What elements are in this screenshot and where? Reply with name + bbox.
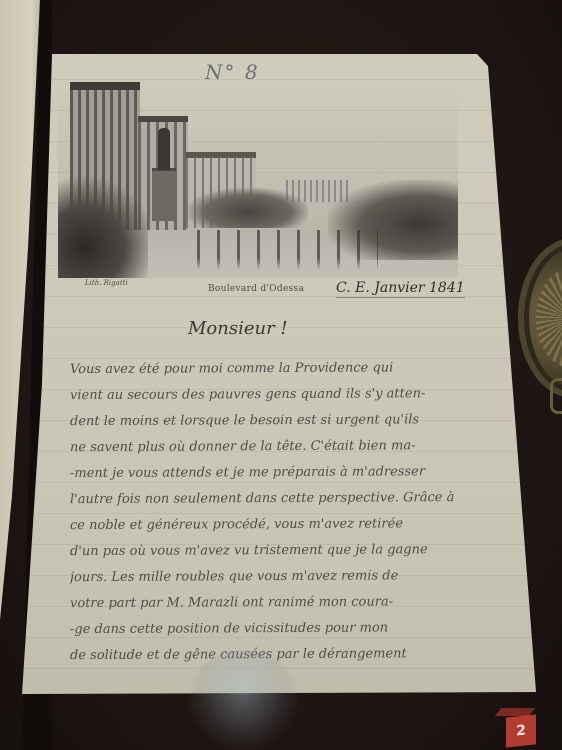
body-line: -ment je vous attends et je me préparais… bbox=[70, 459, 500, 487]
letter-salutation: Monsieur ! bbox=[188, 318, 288, 339]
body-line: l'autre fois non seulement dans cette pe… bbox=[70, 485, 500, 513]
body-line: d'un pas où vous m'avez vu tristement qu… bbox=[70, 537, 500, 565]
letter-dateline: C. E. Janvier 1841 bbox=[336, 280, 465, 298]
statue-pedestal bbox=[152, 168, 176, 221]
promenading-figures bbox=[188, 230, 378, 270]
body-line: de solitude et de gêne causées par le dé… bbox=[70, 641, 500, 669]
body-line: vient au secours des pauvres gens quand … bbox=[70, 381, 500, 409]
statue-figure bbox=[158, 128, 170, 170]
body-line: ce noble et généreux procédé, vous m'ave… bbox=[70, 511, 500, 539]
body-line: ne savent plus où donner de la tête. C'é… bbox=[70, 433, 500, 461]
body-line: dent le moins et lorsque le besoin est s… bbox=[70, 407, 500, 435]
exhibit-number-label: 2 bbox=[506, 714, 536, 747]
body-line: -ge dans cette position de vicissitudes … bbox=[70, 615, 500, 643]
body-line: jours. Les mille roubles que vous m'avez… bbox=[70, 563, 500, 591]
lithographer-credit: Lith. Rigatti bbox=[85, 279, 128, 287]
body-line: Vous avez été pour moi comme la Providen… bbox=[70, 355, 500, 383]
letterhead-engraving bbox=[58, 80, 458, 278]
medal-loop bbox=[550, 378, 562, 414]
trees-left bbox=[58, 170, 148, 278]
letter-body: Vous avez été pour moi comme la Providen… bbox=[70, 356, 500, 668]
trees-middle bbox=[188, 188, 308, 228]
glass-reflection bbox=[188, 650, 298, 750]
body-line: votre part par M. Marazli ont ranimé mon… bbox=[70, 589, 500, 617]
engraving-title: Boulevard d'Odessa bbox=[208, 284, 304, 294]
